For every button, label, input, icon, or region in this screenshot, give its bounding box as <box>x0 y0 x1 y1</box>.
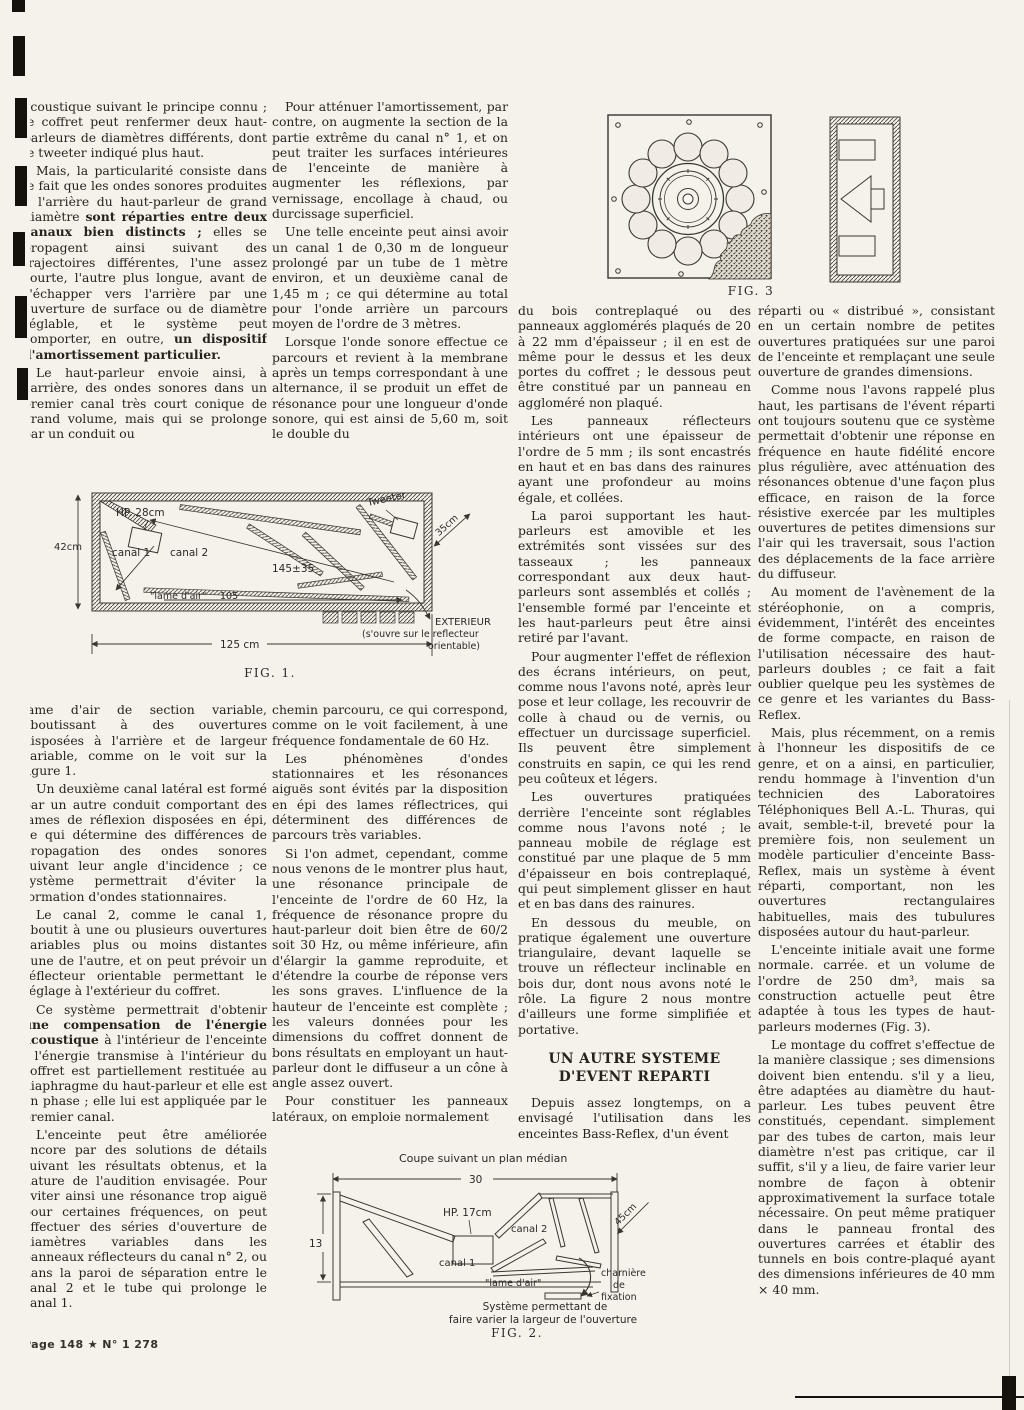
paragraph: Une telle enceinte peut ainsi avoir un c… <box>272 224 508 331</box>
fig1-label-canal2: canal 2 <box>170 547 208 559</box>
figure-1: HP. 28cm Tweeter canal 1 canal 2 145±35 … <box>52 486 522 688</box>
figure-3 <box>593 102 1003 297</box>
paragraph: Les phénomènes d'ondes stationnaires et … <box>272 751 508 843</box>
fig1-label-125cm: 125 cm <box>220 639 259 651</box>
adjustable-slats <box>323 612 414 623</box>
paragraph: Comme nous l'avons rappelé plus haut, le… <box>758 382 995 581</box>
text-run: Ce système permettrait d'obtenir <box>36 1002 267 1017</box>
fig2-label-charniere2: de <box>613 1280 625 1291</box>
paragraph: Mais, la particularité consiste dans le … <box>30 163 267 362</box>
fig2-label-canal1: canal 1 <box>439 1258 475 1269</box>
hinge-swing-arrow <box>579 1258 591 1296</box>
paragraph: Les ouvertures pratiquées derrière l'enc… <box>518 789 751 911</box>
text-column-1-top: acoustique suivant le principe connu ; l… <box>30 97 267 489</box>
paragraph: En dessous du meuble, on pratique égalem… <box>518 915 751 1037</box>
footer-text: Page 148 ★ N° 1 278 <box>30 1338 158 1351</box>
figure-3-drawing <box>593 102 1003 297</box>
scan-artifact <box>13 232 25 266</box>
paragraph: réparti ou « distribué », consistant en … <box>758 303 995 379</box>
figure-1-drawing: HP. 28cm Tweeter canal 1 canal 2 145±35 … <box>52 486 522 688</box>
paragraph: Depuis assez longtemps, on a envisagé l'… <box>518 1095 751 1141</box>
figure-2-drawing: Coupe suivant un plan médian 30 13 <box>295 1146 695 1351</box>
loudspeaker <box>653 164 724 235</box>
figure-2-caption: FIG. 2. <box>295 1326 739 1340</box>
scan-artifact <box>12 0 25 12</box>
fig1-label-145: 145±35 <box>272 563 314 575</box>
fig1-label-exterieur-note2: orientable) <box>428 641 480 652</box>
scan-artifact <box>15 296 27 338</box>
speaker-magnet <box>871 189 884 209</box>
paragraph: Le haut-parleur envoie ainsi, à l'arrièr… <box>30 365 267 441</box>
scan-artifact <box>1009 700 1010 1400</box>
paragraph: Mais, plus récemment, on a remis à l'hon… <box>758 725 995 939</box>
section-heading-line2: D'EVENT REPARTI <box>518 1068 751 1086</box>
paragraph: Pour augmenter l'effet de réflexion des … <box>518 649 751 787</box>
paragraph: Si l'on admet, cependant, comme nous ven… <box>272 846 508 1091</box>
fig2-label-systeme2: faire varier la largeur de l'ouverture <box>449 1314 637 1326</box>
paragraph: lame d'air de section variable, aboutiss… <box>30 702 267 778</box>
fig1-label-hp: HP. 28cm <box>116 507 165 519</box>
paragraph: chemin parcouru, ce qui correspond, comm… <box>272 702 508 748</box>
page-footer: Page 148 ★ N° 1 278 <box>30 1338 270 1356</box>
vent-tube-top <box>839 140 875 160</box>
paragraph: acoustique suivant le principe connu ; l… <box>30 99 267 160</box>
scan-artifact <box>15 98 27 138</box>
paragraph: Le montage du coffret s'effectue de la m… <box>758 1037 995 1297</box>
fig2-label-canal2: canal 2 <box>511 1224 547 1235</box>
paragraph: L'enceinte initiale avait une forme norm… <box>758 942 995 1034</box>
section-heading: UN AUTRE SYSTEME D'EVENT REPARTI <box>518 1050 751 1086</box>
paragraph: Un deuxième canal latéral est formé par … <box>30 781 267 903</box>
hp-label-leader <box>469 1220 471 1234</box>
paragraph: Au moment de l'avènement de la stéréopho… <box>758 584 995 722</box>
text-column-4: réparti ou « distribué », consistant en … <box>758 303 995 1300</box>
fig2-label-45cm: 45cm <box>612 1201 639 1228</box>
paragraph: L'enceinte peut être améliorée encore pa… <box>30 1127 267 1311</box>
paragraph: Pour constituer les panneaux latéraux, o… <box>272 1093 508 1124</box>
fig1-label-exterieur-note1: (s'ouvre sur le reflecteur <box>362 629 479 640</box>
figure-3-caption: FIG. 3 <box>593 284 909 298</box>
vent-tube-bottom <box>839 236 875 256</box>
text-column-3: du bois contreplaqué ou des panneaux agg… <box>518 303 751 1144</box>
fig2-label-systeme1: Système permettant de <box>483 1301 608 1313</box>
paragraph: Ce système permettrait d'obtenir une com… <box>30 1002 267 1124</box>
fig1-label-42cm: 42cm <box>54 542 82 553</box>
paragraph: Lorsque l'onde sonore effectue ce parcou… <box>272 334 508 441</box>
scan-artifact <box>17 368 28 400</box>
scan-artifact <box>15 166 27 206</box>
paragraph: La paroi supportant les haut-parleurs es… <box>518 508 751 646</box>
fig2-label-13: 13 <box>309 1238 322 1250</box>
paragraph: du bois contreplaqué ou des panneaux agg… <box>518 303 751 410</box>
section-heading-line1: UN AUTRE SYSTEME <box>518 1050 751 1068</box>
text-column-2-top: Pour atténuer l'amortissement, par contr… <box>272 99 508 445</box>
fig2-title: Coupe suivant un plan médian <box>399 1152 567 1165</box>
scan-artifact <box>13 36 25 76</box>
scan-artifact <box>795 1396 1024 1398</box>
fig2-label-hp: HP. 17cm <box>443 1207 492 1219</box>
fig2-label-charniere1: charnière <box>601 1268 646 1279</box>
fig2-label-30: 30 <box>469 1174 482 1186</box>
text-column-1-bottom: lame d'air de section variable, aboutiss… <box>30 700 267 1340</box>
figure-2: Coupe suivant un plan médian 30 13 <box>295 1146 695 1351</box>
figure-1-caption: FIG. 1. <box>52 666 488 680</box>
scanned-magazine-page: acoustique suivant le principe connu ; l… <box>0 0 1024 1410</box>
fig1-label-exterieur: EXTERIEUR <box>435 617 491 628</box>
paragraph: Pour atténuer l'amortissement, par contr… <box>272 99 508 221</box>
fig2-label-lame-dair: "lame d'air" <box>485 1278 541 1289</box>
paragraph: Le canal 2, comme le canal 1, aboutit à … <box>30 907 267 999</box>
text-run: elles se propagent ainsi suivant des tra… <box>30 224 267 346</box>
paragraph: Les panneaux réflecteurs intérieurs ont … <box>518 413 751 505</box>
text-column-2-bottom: chemin parcouru, ce qui correspond, comm… <box>272 702 508 1127</box>
hinge-label-leader <box>587 1292 599 1296</box>
